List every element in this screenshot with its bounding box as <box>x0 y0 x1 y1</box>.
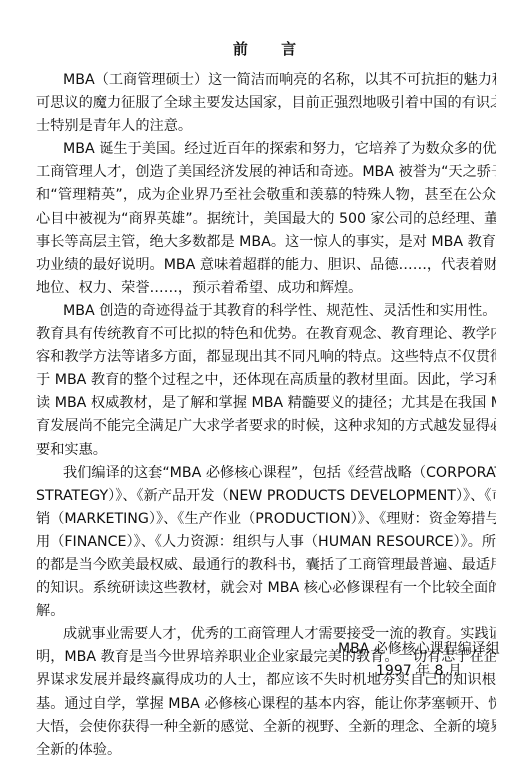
signature-author: MBA 必修核心课程编译组 <box>338 638 500 658</box>
text-line: 容和教学方法等诸多方面，都显现出其不同凡响的特点。这些特点不仅贯彻 <box>36 346 496 369</box>
text-line: 育发展尚不能完全满足广大求学者要求的时候，这种求知的方式越发显得必 <box>36 415 496 438</box>
text-line: 基。通过自学，掌握 MBA 必修核心课程的基本内容，能让你茅塞顿开、恍然 <box>36 693 496 716</box>
text-line: 的都是当今欧美最权威、最通行的教科书，囊括了工商管理最普遍、最适用 <box>36 554 496 577</box>
text-line: 销（MARKETING）》、《生产作业（PRODUCTION）》、《理财：资金筹… <box>36 508 496 531</box>
text-line: 于 MBA 教育的整个过程之中，还体现在高质量的教材里面。因此，学习和阅 <box>36 369 496 392</box>
text-line: 解。 <box>36 600 496 623</box>
text-line: MBA 诞生于美国。经过近百年的探索和努力，它培养了为数众多的优秀 <box>36 138 496 161</box>
text-line: 地位、权力、荣誉……，预示着希望、成功和辉煌。 <box>36 277 496 300</box>
text-line: MBA（工商管理硕士）这一简洁而响亮的名称，以其不可抗拒的魅力和不 <box>36 69 496 92</box>
text-line: MBA 创造的奇迹得益于其教育的科学性、规范性、灵活性和实用性。MBA <box>36 300 496 323</box>
text-line: 我们编译的这套“MBA 必修核心课程”，包括《经营战略（CORPORATION <box>36 462 496 485</box>
text-line: 读 MBA 权威教材，是了解和掌握 MBA 精髓要义的捷径；尤其是在我国 MBA… <box>36 392 496 415</box>
text-line: 要和实惠。 <box>36 439 496 462</box>
paragraph-2: MBA 诞生于美国。经过近百年的探索和努力，它培养了为数众多的优秀 工商管理人才… <box>36 138 496 300</box>
text-line: 全新的体验。 <box>36 739 496 762</box>
text-line: 心目中被视为“商界英雄”。据统计，美国最大的 500 家公司的总经理、董 <box>36 208 496 231</box>
text-line: 士特别是青年人的注意。 <box>36 115 496 138</box>
text-line: 可思议的魔力征服了全球主要发达国家，目前正强烈地吸引着中国的有识之 <box>36 92 496 115</box>
signature-date: 1997 年 8 月 <box>376 660 462 680</box>
text-line: 事长等高层主管，绝大多数都是 MBA。这一惊人的事实，是对 MBA 教育的成 <box>36 231 496 254</box>
paragraph-4: 我们编译的这套“MBA 必修核心课程”，包括《经营战略（CORPORATION … <box>36 462 496 624</box>
text-line: STRATEGY）》、《新产品开发（NEW PRODUCTS DEVELOPME… <box>36 485 496 508</box>
paragraph-3: MBA 创造的奇迹得益于其教育的科学性、规范性、灵活性和实用性。MBA 教育具有… <box>36 300 496 462</box>
text-line: 的知识。系统研读这些教材，就会对 MBA 核心必修课程有一个比较全面的了 <box>36 577 496 600</box>
text-line: 教育具有传统教育不可比拟的特色和优势。在教育观念、教育理论、教学内 <box>36 323 496 346</box>
paragraph-1: MBA（工商管理硕士）这一简洁而响亮的名称，以其不可抗拒的魅力和不 可思议的魔力… <box>36 69 496 138</box>
text-line: 工商管理人才，创造了美国经济发展的神话和奇迹。MBA 被誉为“天之骄子” <box>36 161 496 184</box>
text-line: 功业绩的最好说明。MBA 意味着超群的能力、胆识、品德……，代表着财富、 <box>36 254 496 277</box>
text-line: 大悟，会使你获得一种全新的感觉、全新的视野、全新的理念、全新的境界、 <box>36 716 496 739</box>
page-title: 前 言 <box>0 38 529 59</box>
text-line: 和“管理精英”，成为企业界乃至社会敬重和羡慕的特殊人物，甚至在公众 <box>36 184 496 207</box>
text-line: 用（FINANCE）》、《人力资源：组织与人事（HUMAN RESOURCE）》… <box>36 531 496 554</box>
